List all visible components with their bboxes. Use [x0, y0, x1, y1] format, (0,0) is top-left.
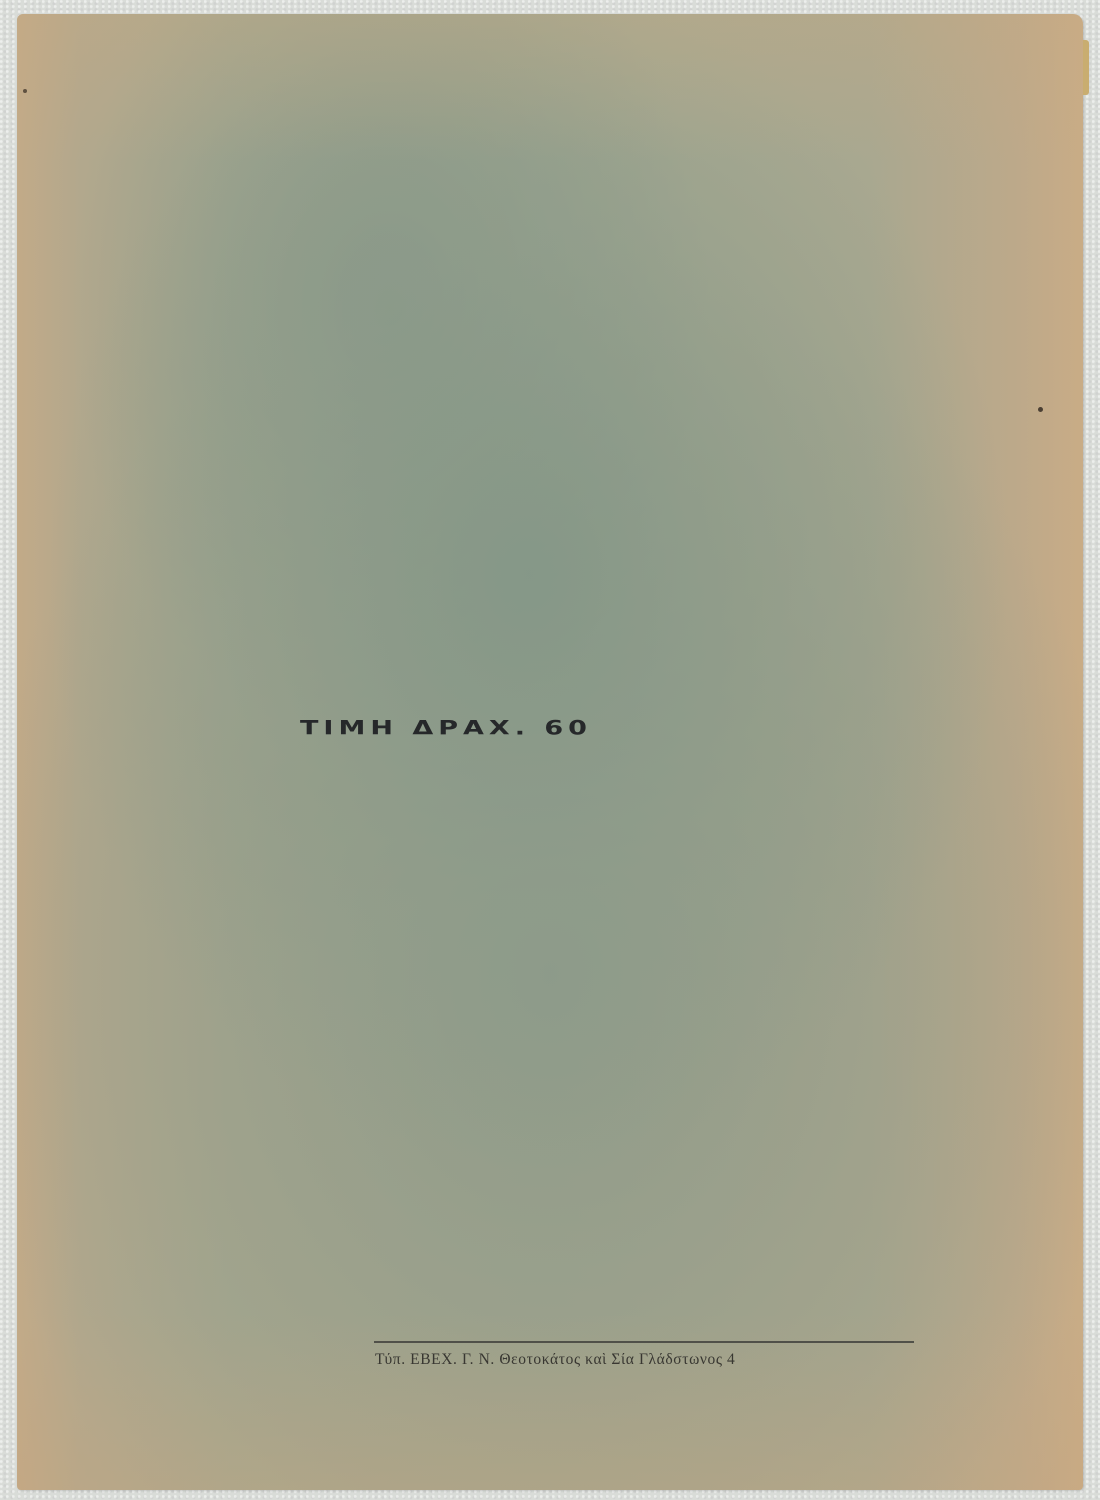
printer-imprint: Τύπ. ΕΒΕΧ. Γ. Ν. Θεοτοκάτος καὶ Σία Γλάδ… — [375, 1351, 735, 1369]
back-cover-page: ΤΙΜΗ ΔΡΑΧ. 60 Τύπ. ΕΒΕΧ. Γ. Ν. Θεοτοκάτο… — [17, 14, 1083, 1490]
footer-divider — [374, 1341, 914, 1343]
paper-blemish — [23, 89, 27, 93]
price-label: ΤΙΜΗ ΔΡΑΧ. 60 — [300, 717, 592, 739]
page-edge-flap — [1083, 40, 1089, 95]
paper-blemish — [1038, 407, 1043, 412]
